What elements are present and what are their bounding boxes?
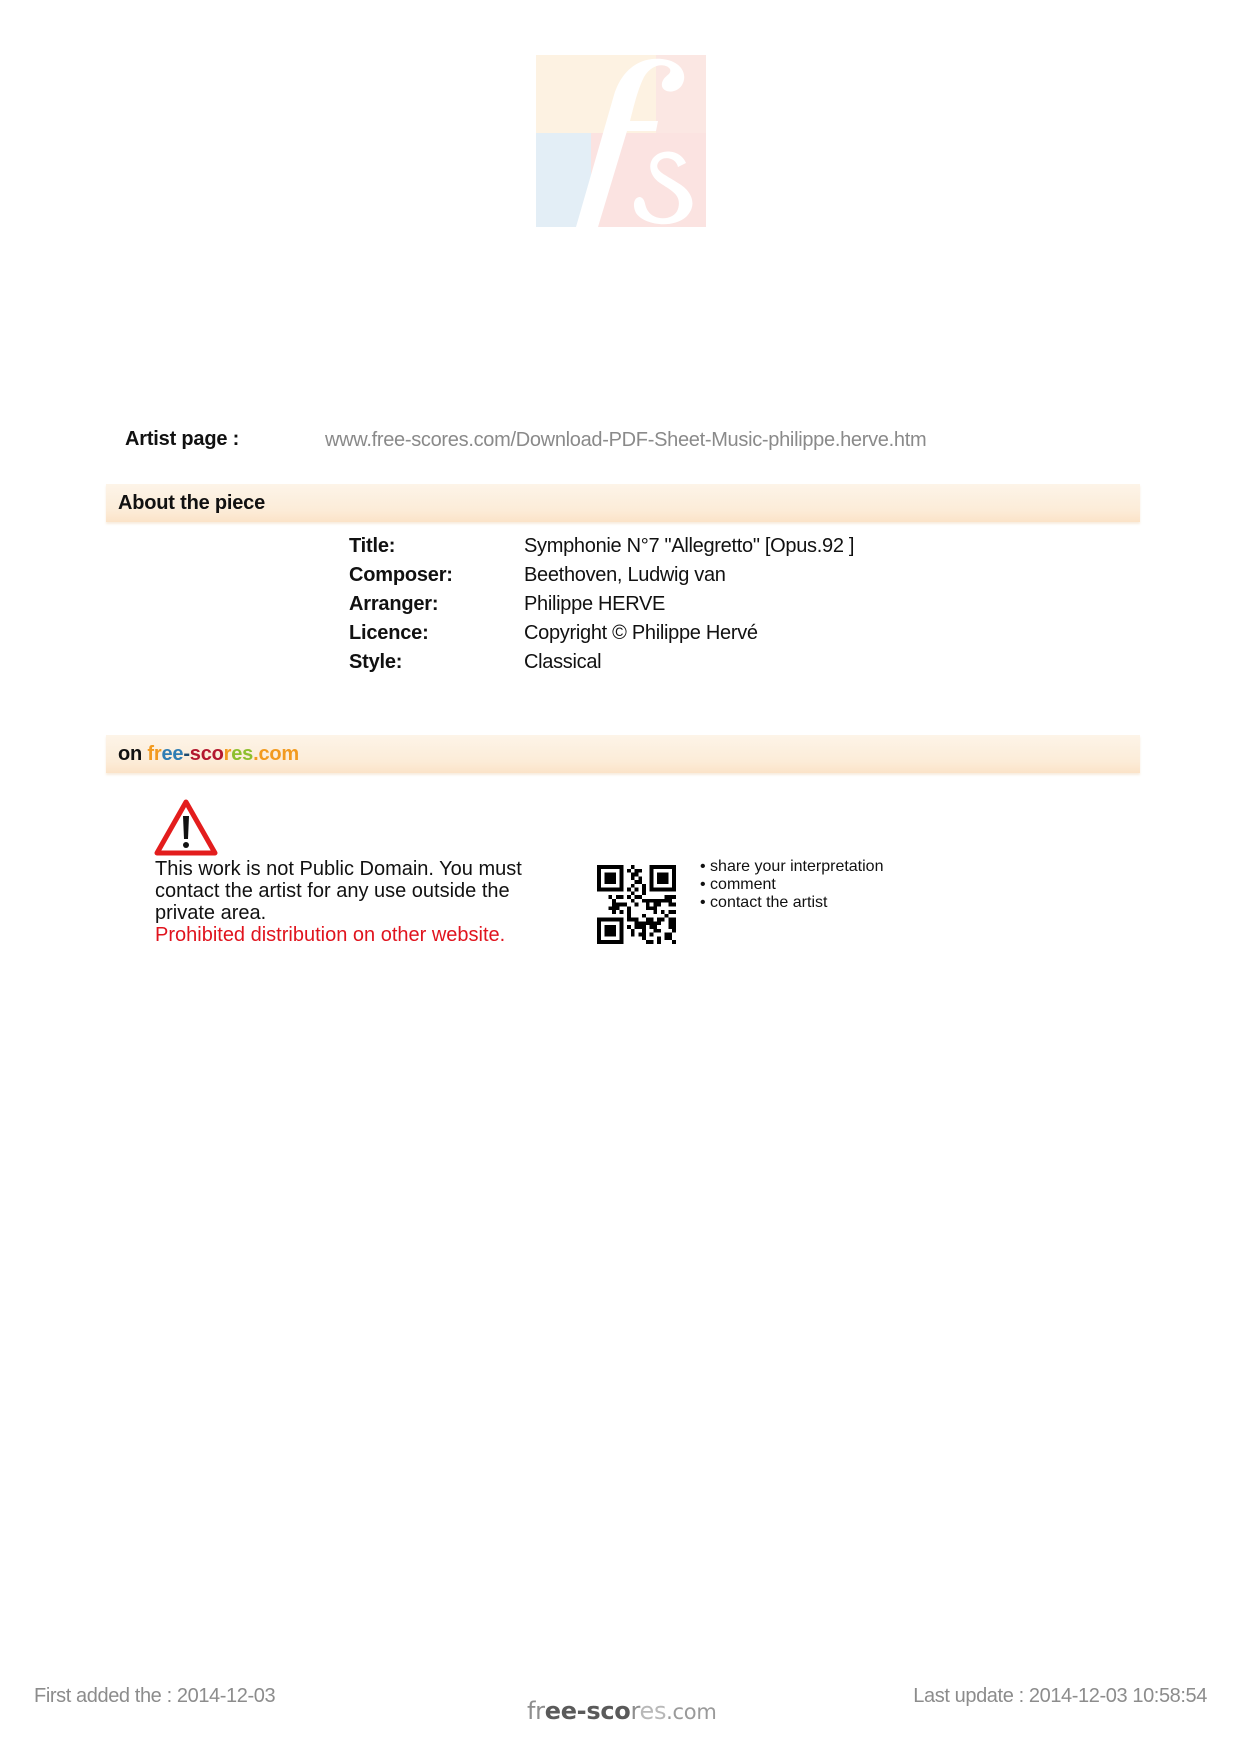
site-section-header: on free-scores.com xyxy=(106,735,1140,773)
footer-logo: free-scores.com xyxy=(527,1697,716,1725)
licence-label: Licence: xyxy=(349,622,429,645)
artist-page-link[interactable]: www.free-scores.com/Download-PDF-Sheet-M… xyxy=(325,429,926,452)
prohibited-warning: Prohibited distribution on other website… xyxy=(155,924,575,946)
actions-list: share your interpretation comment contac… xyxy=(700,858,883,912)
arranger-label: Arranger: xyxy=(349,593,438,616)
composer-value: Beethoven, Ludwig van xyxy=(524,564,726,587)
style-label: Style: xyxy=(349,651,402,674)
notice-text: This work is not Public Domain. You must… xyxy=(155,858,575,924)
site-prefix: on xyxy=(118,743,142,765)
action-comment[interactable]: comment xyxy=(700,876,883,894)
about-section-title: About the piece xyxy=(118,492,265,515)
brand-name[interactable]: free-scores.com xyxy=(147,743,299,765)
title-label: Title: xyxy=(349,535,395,558)
copyright-notice: This work is not Public Domain. You must… xyxy=(155,858,575,946)
style-value: Classical xyxy=(524,651,601,674)
last-update-date: Last update : 2014-12-03 10:58:54 xyxy=(913,1685,1207,1708)
artist-page-label: Artist page : xyxy=(125,428,239,451)
arranger-value: Philippe HERVE xyxy=(524,593,665,616)
title-value: Symphonie N°7 "Allegretto" [Opus.92 ] xyxy=(524,535,854,558)
action-contact-artist[interactable]: contact the artist xyxy=(700,894,883,912)
about-section-header: About the piece xyxy=(106,484,1140,522)
licence-value: Copyright © Philippe Hervé xyxy=(524,622,758,645)
warning-icon xyxy=(154,799,218,857)
site-section-title: on free-scores.com xyxy=(118,743,299,766)
composer-label: Composer: xyxy=(349,564,453,587)
action-share-interpretation[interactable]: share your interpretation xyxy=(700,858,883,876)
fs-logo-icon xyxy=(536,55,706,227)
qr-code-icon[interactable] xyxy=(597,865,676,944)
first-added-date: First added the : 2014-12-03 xyxy=(34,1685,275,1708)
